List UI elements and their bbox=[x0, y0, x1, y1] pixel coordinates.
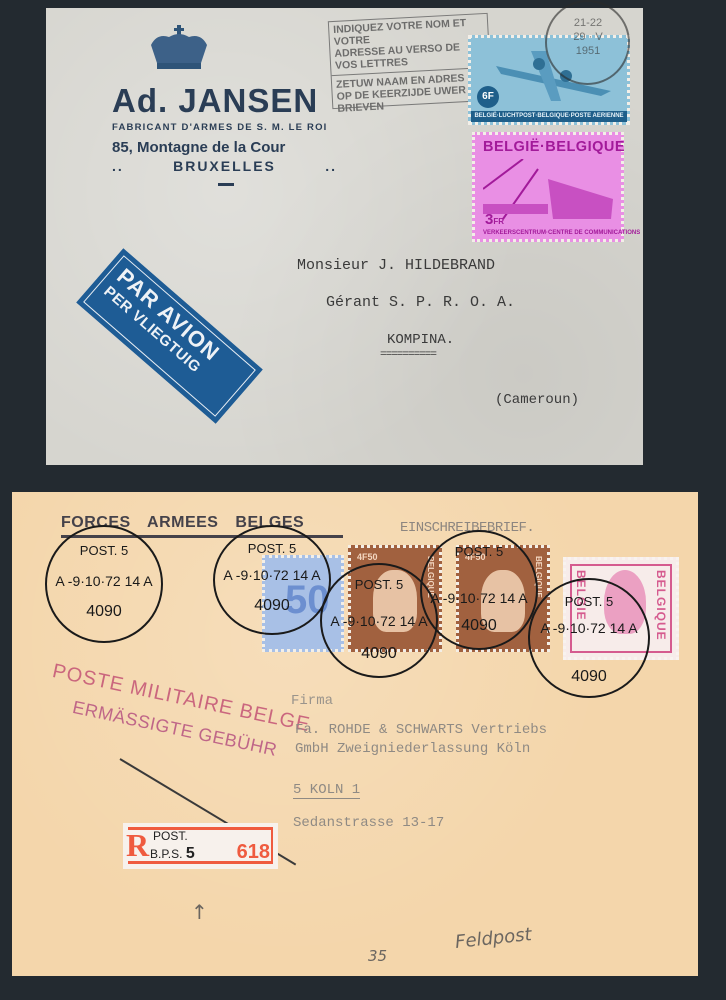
city-marker: .. bbox=[112, 158, 124, 174]
postmark: POST. 5 A -9·10·72 14 A 4090 bbox=[45, 525, 163, 643]
postmark: POST. 5 A -9·10·72 14 A 4090 bbox=[528, 578, 650, 698]
postmark: POST. 5 A -9·10·72 14 A 4090 bbox=[420, 530, 538, 650]
recipient-company: Fa. ROHDE & SCHWARTS Vertriebs bbox=[295, 722, 547, 738]
postmark: POST. 5 A -9·10·72 14 A 4090 bbox=[213, 525, 331, 635]
sender-subtitle: FABRICANT D'ARMES DE S. M. LE ROI bbox=[112, 122, 328, 133]
stamp-caption: BELGIQUE bbox=[654, 570, 668, 641]
postmark-date: 29 · V bbox=[563, 30, 613, 44]
crown-icon bbox=[147, 25, 211, 71]
stamp-caption: VERKEERSCENTRUM·CENTRE DE COMMUNICATIONS bbox=[483, 230, 640, 236]
sender-city-line: .. BRUXELLES .. bbox=[112, 158, 337, 174]
recipient-street: Sedanstrasse 13-17 bbox=[293, 815, 444, 831]
pencil-number: 35 bbox=[368, 947, 387, 965]
registration-letter: R bbox=[126, 827, 149, 863]
stamp-value: 4F50 bbox=[357, 552, 378, 562]
stamp-value: 3FR bbox=[485, 211, 504, 228]
registration-post: POST. bbox=[153, 829, 188, 843]
sender-city: BRUXELLES bbox=[173, 158, 276, 174]
recipient-line: Firma bbox=[291, 693, 333, 709]
registration-label: R POST. B.P.S. 5 618 bbox=[123, 823, 278, 869]
recipient-underline: ========== bbox=[380, 349, 436, 361]
sender-name: Ad. JANSEN bbox=[112, 82, 318, 120]
recipient-city: KOMPINA. bbox=[387, 332, 454, 348]
recipient-country: (Cameroun) bbox=[495, 392, 579, 408]
stamp-value: 6F bbox=[477, 86, 499, 108]
ship-stamp: BELGIË·BELGIQUE 3FR VERKEERSCENTRUM·CENT… bbox=[472, 132, 624, 242]
recipient-branch: GmbH Zweigniederlassung Köln bbox=[295, 741, 530, 757]
city-marker: .. bbox=[325, 158, 337, 174]
postmark: 21-22 29 · V 1951 bbox=[545, 0, 630, 85]
stamp-caption: BELGIË·LUCHTPOST·BELGIQUE·POSTE AERIENNE bbox=[471, 111, 627, 122]
recipient-name: Monsieur J. HILDEBRAND bbox=[297, 257, 495, 274]
divider bbox=[218, 183, 234, 186]
registration-office: B.P.S. 5 bbox=[150, 845, 195, 863]
arrow-icon: ↑ bbox=[191, 900, 208, 924]
registration-number: 618 bbox=[237, 841, 270, 864]
recipient-title: Gérant S. P. R. O. A. bbox=[326, 294, 515, 311]
recipient-city: 5 KOLN 1 bbox=[293, 782, 360, 799]
sender-address: 85, Montagne de la Cour bbox=[112, 139, 285, 156]
postmark-year: 1951 bbox=[563, 44, 613, 58]
postmark-time: 21-22 bbox=[563, 16, 613, 30]
stamp-header: BELGIË·BELGIQUE bbox=[483, 139, 625, 155]
